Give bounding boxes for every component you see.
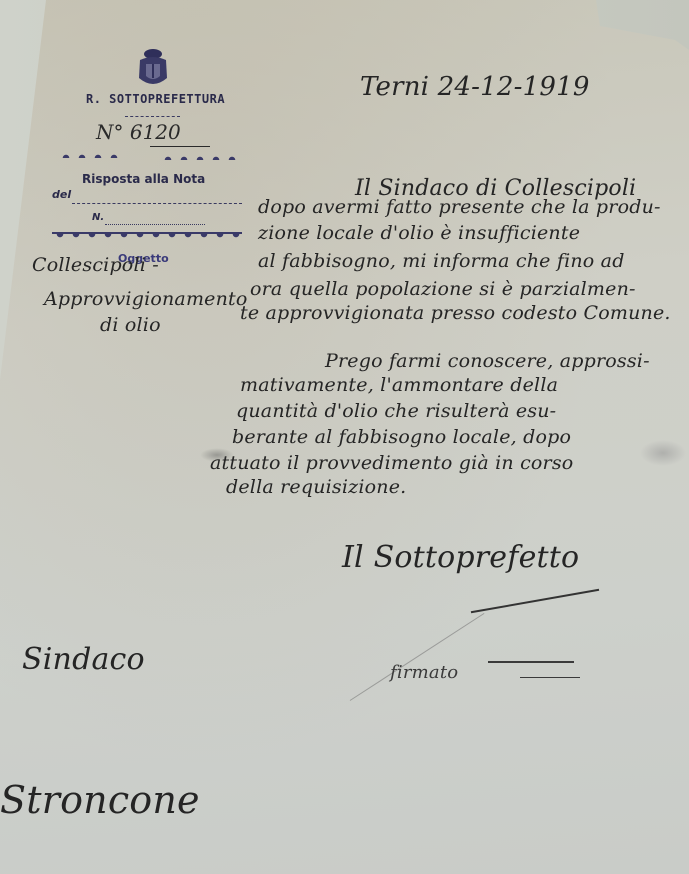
body-line: te approvvigionata presso codesto Comune… — [240, 302, 671, 324]
body-line: mativamente, l'ammontare della — [240, 374, 558, 396]
del-label: del — [52, 188, 71, 201]
body-line: attuato il provvedimento già in corso — [210, 452, 573, 474]
letter-date: Terni 24-12-1919 — [360, 72, 590, 102]
initials-underline — [520, 677, 580, 678]
signatory-title: Il Sottoprefetto — [342, 540, 579, 575]
reply-to-note-label: Risposta alla Nota — [82, 172, 205, 186]
body-line: ora quella popolazione si è parzialmen- — [250, 278, 636, 300]
body-line: quantità d'olio che risulterà esu- — [236, 400, 556, 422]
body-line: berante al fabbisogno locale, dopo — [232, 426, 571, 448]
paper-stain — [640, 440, 686, 466]
addressee-line: Sindaco — [22, 642, 145, 677]
stamp-border-bottom — [52, 232, 242, 242]
addressee-line: Stroncone — [0, 778, 200, 822]
body-line: Prego farmi conoscere, approssi- — [325, 350, 650, 372]
signature-initials: firmato — [390, 662, 458, 683]
body-line: dopo avermi fatto presente che la produ- — [258, 196, 661, 218]
stamp-border-top-left — [58, 150, 118, 158]
protocol-underline — [150, 146, 210, 147]
stamp-border-top-right — [160, 152, 242, 160]
body-line: al fabbisogno, mi informa che fino ad — [258, 250, 625, 272]
office-name-stamp: R. SOTTOPREFETTURA — [86, 92, 225, 106]
subject-line: di olio — [100, 314, 161, 336]
body-line: zione locale d'olio è insufficiente — [258, 222, 580, 244]
subject-line: Approvvigionamento — [44, 288, 248, 310]
initials-underline — [488, 661, 574, 663]
protocol-number: N° 6120 — [96, 120, 181, 144]
number-label: N. — [92, 212, 104, 223]
body-line: della requisizione. — [226, 476, 406, 498]
number-blank-line — [105, 224, 205, 225]
subject-line: Collescipoli - — [32, 254, 159, 276]
royal-crest-icon — [134, 48, 172, 88]
ink-smudge — [200, 448, 234, 462]
del-blank-line — [72, 203, 242, 204]
stamp-divider — [125, 116, 180, 117]
